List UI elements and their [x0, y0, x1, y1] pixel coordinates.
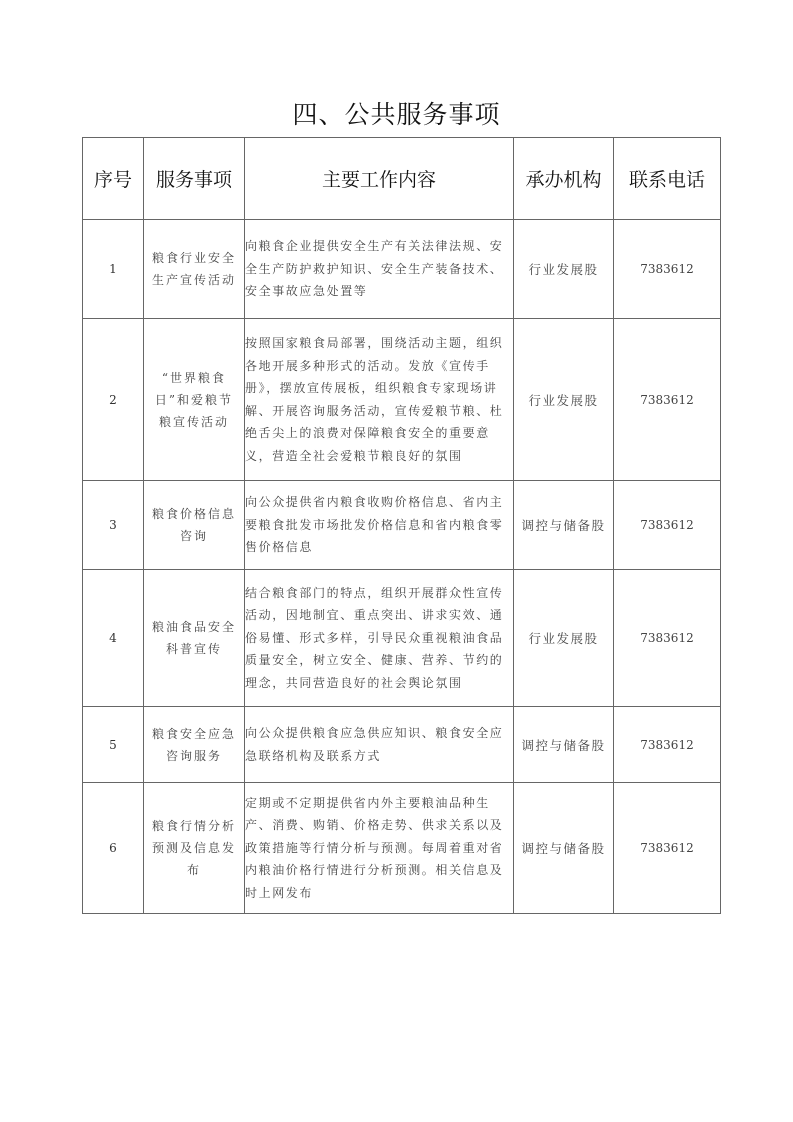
row-org: 行业发展股: [514, 220, 614, 319]
row-item: 粮油食品安全科普宣传: [144, 570, 245, 707]
row-num: 2: [83, 319, 144, 481]
row-content: 向粮食企业提供安全生产有关法律法规、安全生产防护救护知识、安全生产装备技术、安全…: [245, 220, 514, 319]
row-org: 行业发展股: [514, 570, 614, 707]
row-num: 3: [83, 481, 144, 570]
row-item-text: 粮食行情分析预测及信息发布: [151, 815, 237, 881]
header-num: 序号: [83, 138, 144, 220]
row-org: 调控与储备股: [514, 481, 614, 570]
row-content: 向公众提供省内粮食收购价格信息、省内主要粮食批发市场批发价格信息和省内粮食零售价…: [245, 481, 514, 570]
table-row: 5 粮食安全应急咨询服务 向公众提供粮食应急供应知识、粮食安全应急联络机构及联系…: [83, 707, 721, 783]
row-item-text: 粮食价格信息咨询: [151, 503, 237, 547]
row-item: “世界粮食日”和爱粮节粮宣传活动: [144, 319, 245, 481]
table-row: 1 粮食行业安全生产宣传活动 向粮食企业提供安全生产有关法律法规、安全生产防护救…: [83, 220, 721, 319]
row-num: 5: [83, 707, 144, 783]
table-row: 6 粮食行情分析预测及信息发布 定期或不定期提供省内外主要粮油品种生产、消费、购…: [83, 783, 721, 914]
row-num: 6: [83, 783, 144, 914]
header-content: 主要工作内容: [245, 138, 514, 220]
row-phone: 7383612: [614, 707, 721, 783]
row-num: 1: [83, 220, 144, 319]
row-content: 向公众提供粮食应急供应知识、粮食安全应急联络机构及联系方式: [245, 707, 514, 783]
header-org: 承办机构: [514, 138, 614, 220]
table-header-row: 序号 服务事项 主要工作内容 承办机构 联系电话: [83, 138, 721, 220]
row-item: 粮食行情分析预测及信息发布: [144, 783, 245, 914]
row-content: 按照国家粮食局部署，围绕活动主题，组织各地开展多种形式的活动。发放《宣传手册》，…: [245, 319, 514, 481]
row-item: 粮食行业安全生产宣传活动: [144, 220, 245, 319]
table-row: 4 粮油食品安全科普宣传 结合粮食部门的特点，组织开展群众性宣传活动，因地制宜、…: [83, 570, 721, 707]
row-content: 结合粮食部门的特点，组织开展群众性宣传活动，因地制宜、重点突出、讲求实效、通俗易…: [245, 570, 514, 707]
table-row: 3 粮食价格信息咨询 向公众提供省内粮食收购价格信息、省内主要粮食批发市场批发价…: [83, 481, 721, 570]
row-item-text: 粮食行业安全生产宣传活动: [151, 247, 237, 291]
header-item: 服务事项: [144, 138, 245, 220]
table-row: 2 “世界粮食日”和爱粮节粮宣传活动 按照国家粮食局部署，围绕活动主题，组织各地…: [83, 319, 721, 481]
row-phone: 7383612: [614, 481, 721, 570]
row-num: 4: [83, 570, 144, 707]
row-item-text: 粮油食品安全科普宣传: [151, 616, 237, 660]
row-phone: 7383612: [614, 220, 721, 319]
row-org: 调控与储备股: [514, 783, 614, 914]
row-org: 调控与储备股: [514, 707, 614, 783]
page-title: 四、公共服务事项: [0, 97, 793, 133]
row-item: 粮食价格信息咨询: [144, 481, 245, 570]
row-org: 行业发展股: [514, 319, 614, 481]
public-services-table: 序号 服务事项 主要工作内容 承办机构 联系电话 1 粮食行业安全生产宣传活动 …: [82, 137, 721, 914]
row-item: 粮食安全应急咨询服务: [144, 707, 245, 783]
row-phone: 7383612: [614, 570, 721, 707]
row-phone: 7383612: [614, 319, 721, 481]
row-content: 定期或不定期提供省内外主要粮油品种生产、消费、购销、价格走势、供求关系以及政策措…: [245, 783, 514, 914]
row-item-text: 粮食安全应急咨询服务: [151, 723, 237, 767]
header-phone: 联系电话: [614, 138, 721, 220]
row-item-text: “世界粮食日”和爱粮节粮宣传活动: [151, 367, 237, 433]
row-phone: 7383612: [614, 783, 721, 914]
